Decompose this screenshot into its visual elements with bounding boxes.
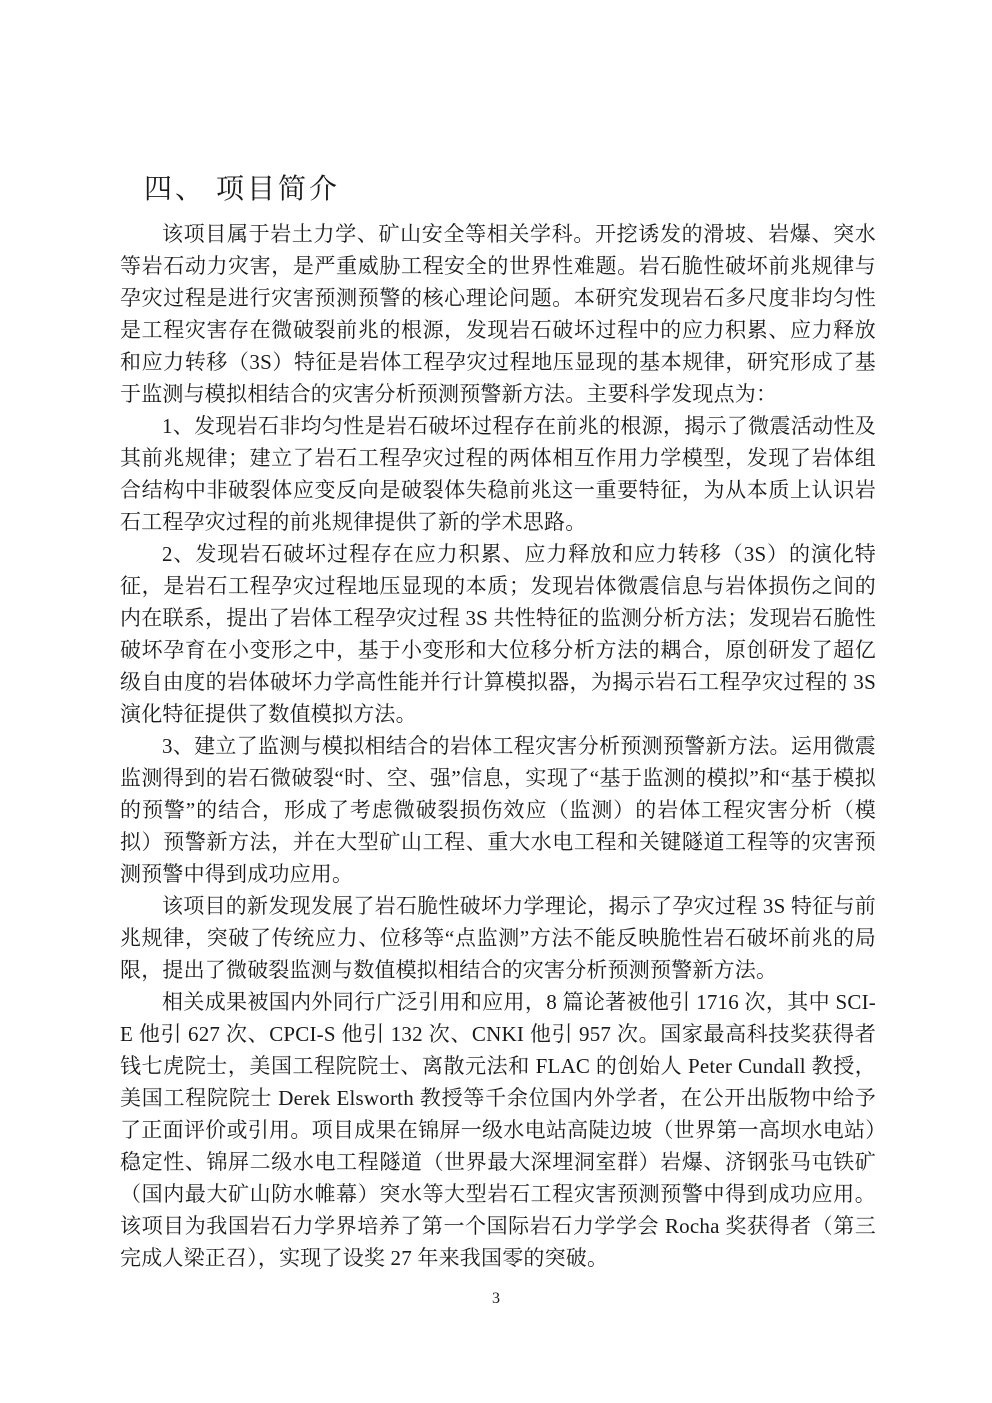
paragraph-summary: 该项目的新发现发展了岩石脆性破坏力学理论，揭示了孕灾过程 3S 特征与前兆规律，… [120, 890, 876, 986]
paragraph-point-1: 1、发现岩石非均匀性是岩石破坏过程存在前兆的根源，揭示了微震活动性及其前兆规律；… [120, 410, 876, 538]
section-title: 四、 项目简介 [144, 170, 876, 210]
paragraph-intro: 该项目属于岩土力学、矿山安全等相关学科。开挖诱发的滑坡、岩爆、突水等岩石动力灾害… [120, 218, 876, 410]
paragraph-impact: 相关成果被国内外同行广泛引用和应用，8 篇论著被他引 1716 次，其中 SCI… [120, 986, 876, 1274]
page-footer: 3 [0, 1288, 992, 1310]
document-body: 四、 项目简介 该项目属于岩土力学、矿山安全等相关学科。开挖诱发的滑坡、岩爆、突… [120, 170, 876, 1274]
page-number: 3 [492, 1290, 500, 1307]
paragraph-point-2: 2、发现岩石破坏过程存在应力积累、应力释放和应力转移（3S）的演化特征，是岩石工… [120, 538, 876, 730]
paragraph-point-3: 3、建立了监测与模拟相结合的岩体工程灾害分析预测预警新方法。运用微震监测得到的岩… [120, 730, 876, 890]
document-page: 四、 项目简介 该项目属于岩土力学、矿山安全等相关学科。开挖诱发的滑坡、岩爆、突… [0, 0, 992, 1403]
